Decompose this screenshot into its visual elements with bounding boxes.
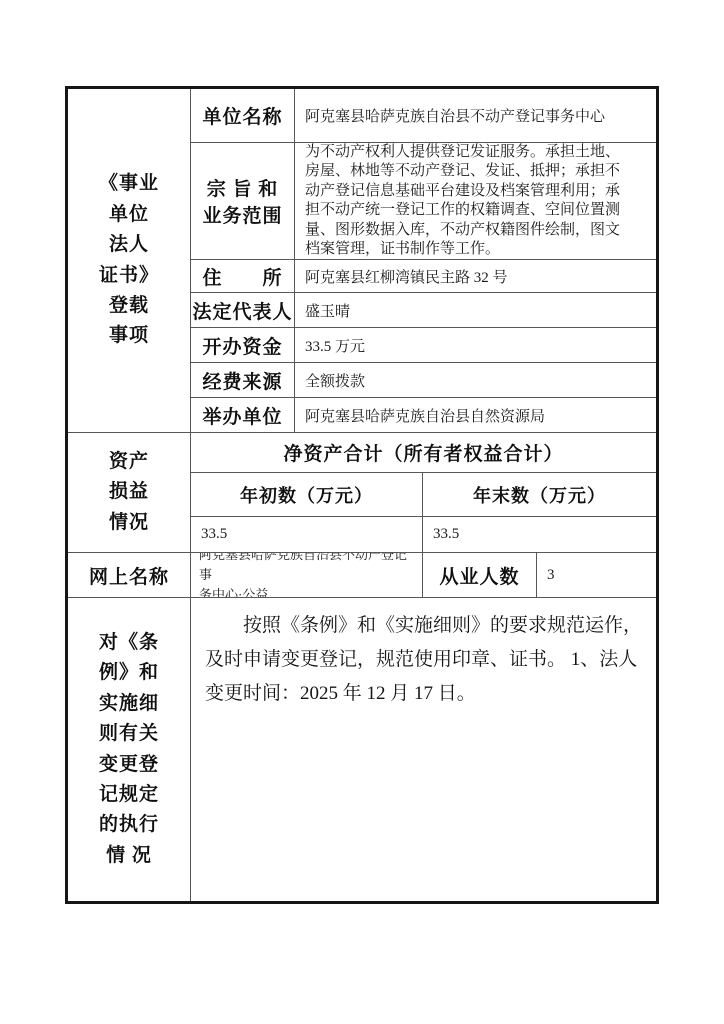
field-value-opening-funds: 33.5 万元 — [295, 328, 656, 363]
field-value-staff-count: 3 — [537, 553, 656, 598]
side-label-assets: 资产 损益 情况 — [68, 433, 191, 553]
field-label-online-name: 网上名称 — [68, 553, 191, 598]
field-value-sponsor-unit: 阿克塞县哈萨克族自治县自然资源局 — [295, 398, 656, 433]
field-value-purpose-scope: 为不动产权利人提供登记发证服务。承担土地、 房屋、林地等不动产登记、发证、抵押；… — [295, 143, 656, 260]
assets-value-year-end: 33.5 — [423, 517, 656, 553]
assets-value-year-start: 33.5 — [191, 517, 423, 553]
field-label-address: 住 所 — [191, 260, 295, 293]
field-value-unit-name: 阿克塞县哈萨克族自治县不动产登记事务中心 — [295, 89, 656, 143]
document-page: { "certificate_section": { "side_label":… — [0, 0, 724, 1024]
field-label-purpose-scope: 宗 旨 和 业务范围 — [191, 143, 295, 260]
field-value-address: 阿克塞县红柳湾镇民主路 32 号 — [295, 260, 656, 293]
field-label-legal-representative: 法定代表人 — [191, 293, 295, 328]
field-value-funding-source: 全额拨款 — [295, 363, 656, 398]
registration-table: 《事业 单位 法人 证书》 登载 事项 单位名称 阿克塞县哈萨克族自治县不动产登… — [65, 86, 659, 904]
side-label-certificate-items: 《事业 单位 法人 证书》 登载 事项 — [68, 89, 191, 433]
compliance-content: 按照《条例》和《实施细则》的要求规范运作， 及时申请变更登记，规范使用印章、证书… — [191, 598, 656, 901]
field-label-unit-name: 单位名称 — [191, 89, 295, 143]
field-label-sponsor-unit: 举办单位 — [191, 398, 295, 433]
assets-col-year-start: 年初数（万元） — [191, 473, 423, 517]
field-value-legal-representative: 盛玉晴 — [295, 293, 656, 328]
field-value-online-name: 阿克塞县哈萨克族自治县不动产登记事 务中心·公益 — [191, 553, 423, 598]
side-label-compliance: 对《条 例》和 实施细 则有关 变更登 记规定 的执行 情 况 — [68, 598, 191, 901]
assets-col-year-end: 年末数（万元） — [423, 473, 656, 517]
assets-header-net-assets: 净资产合计（所有者权益合计） — [191, 433, 656, 473]
field-label-funding-source: 经费来源 — [191, 363, 295, 398]
field-label-opening-funds: 开办资金 — [191, 328, 295, 363]
field-label-staff-count: 从业人数 — [423, 553, 537, 598]
